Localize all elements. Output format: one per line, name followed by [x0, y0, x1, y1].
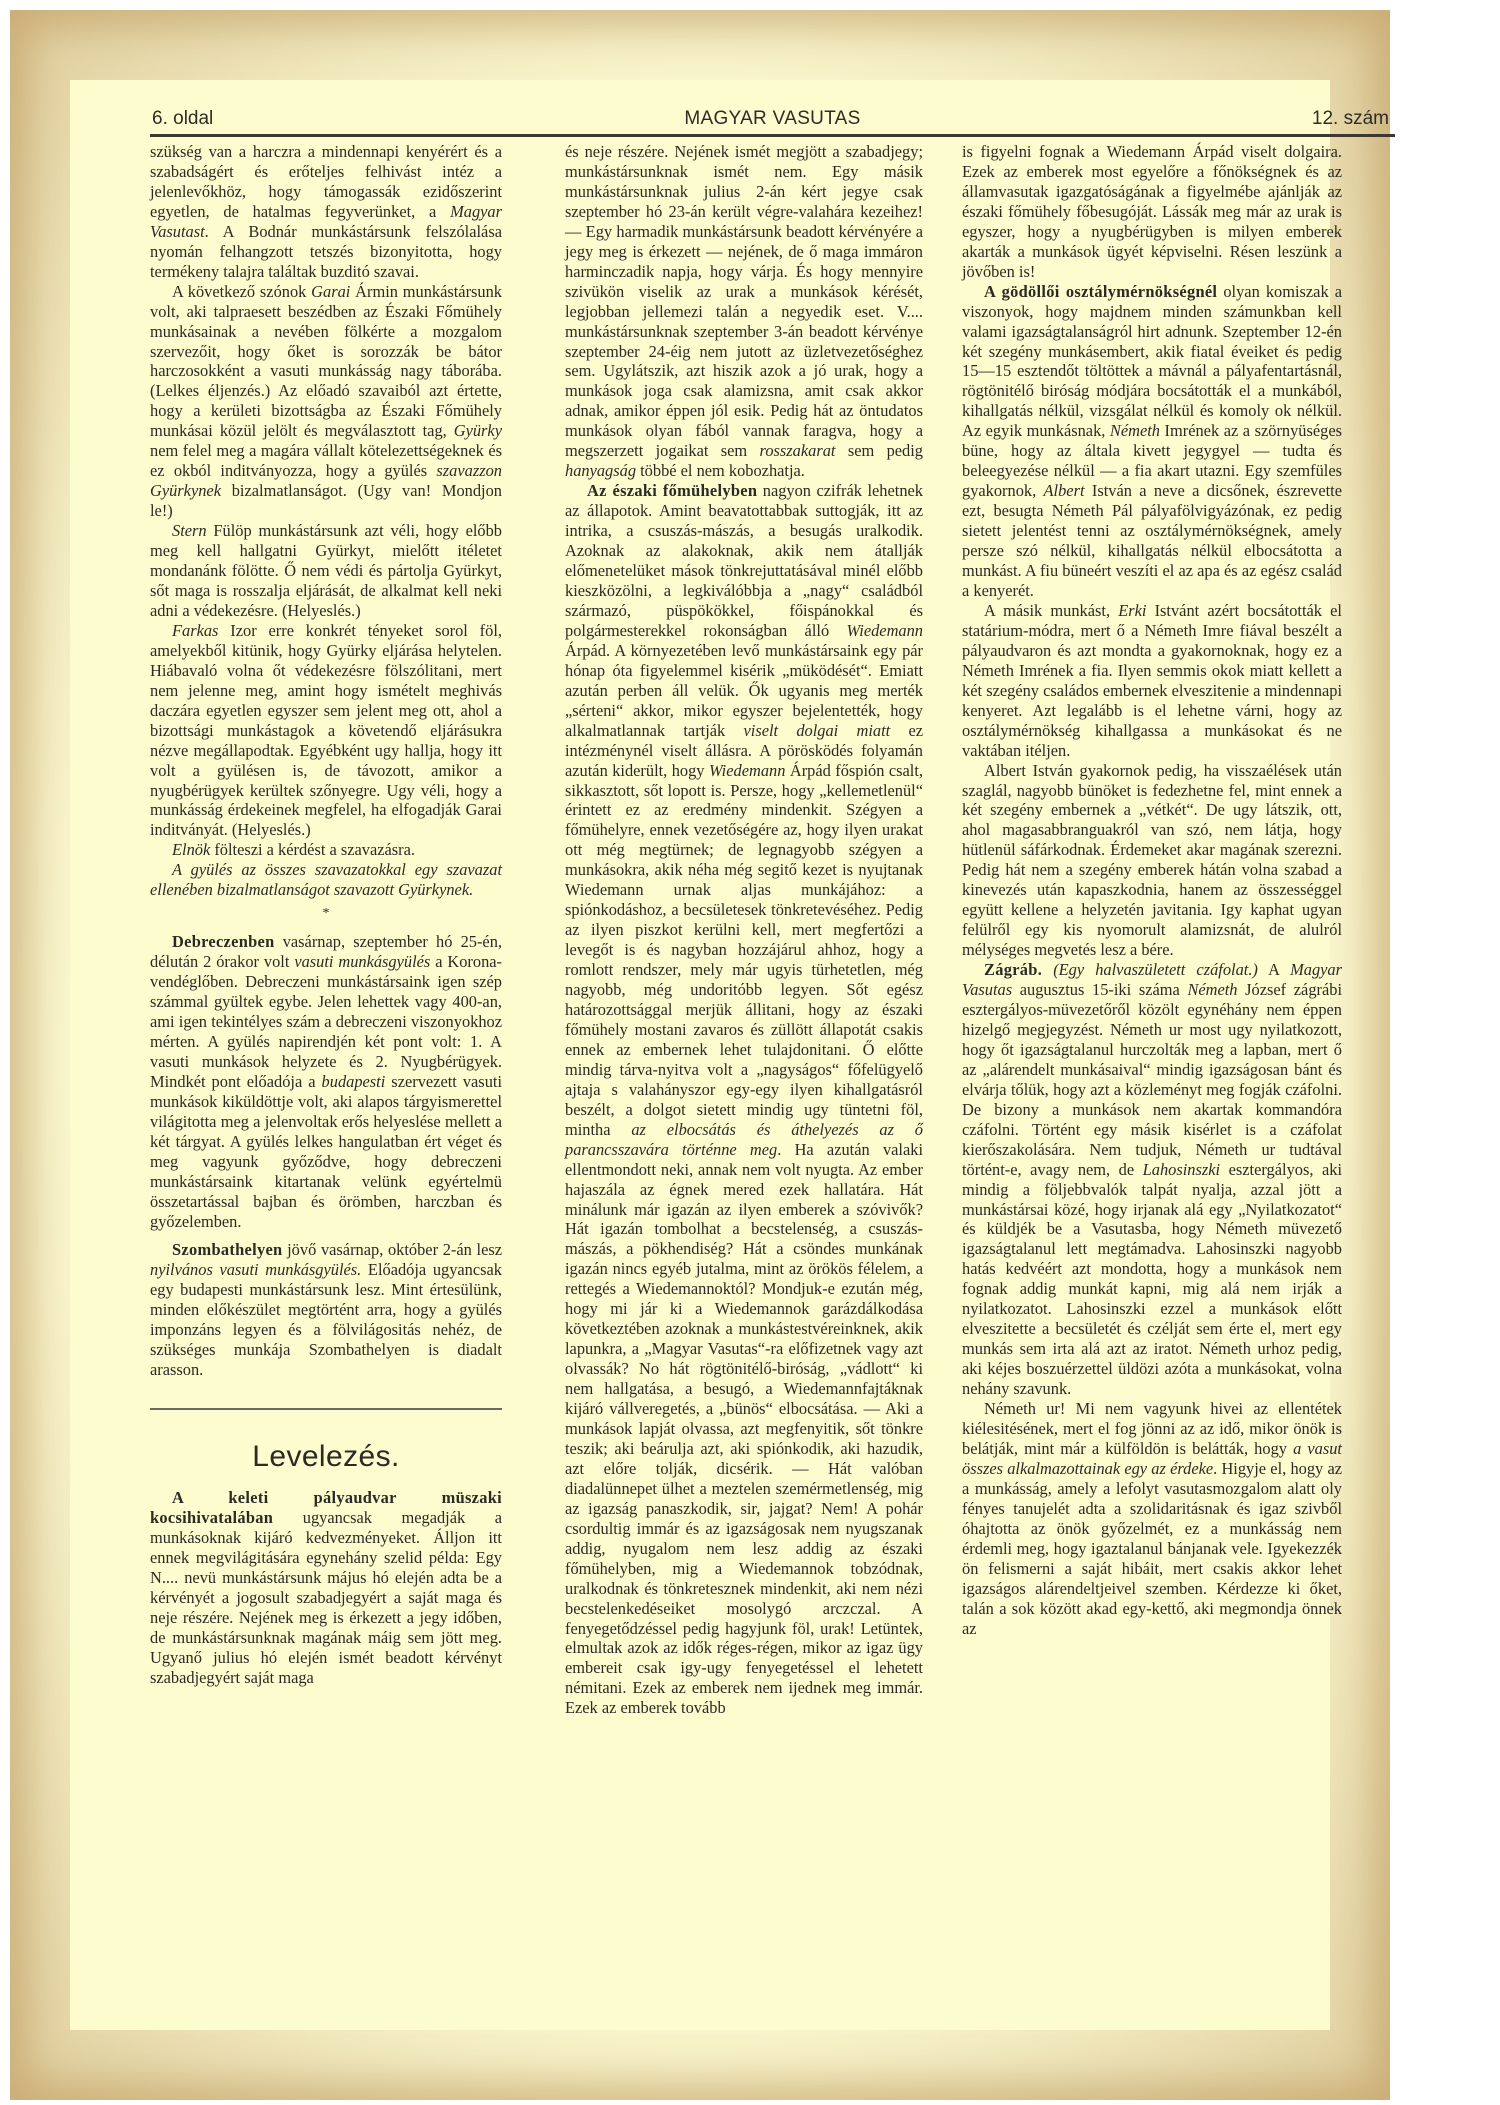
article-paragraph: A gödöllői osztálymérnökségnél olyan kom… [962, 282, 1342, 601]
article-paragraph: és neje részére. Nejének ismét megjött a… [565, 142, 923, 481]
section-separator: * [150, 904, 502, 924]
issue-number: 12. szám [1312, 108, 1389, 130]
article-paragraph: Zágráb. (Egy halvaszületett czáfolat.) A… [962, 960, 1342, 1399]
article-paragraph: Stern Fülöp munkástársunk azt véli, hogy… [150, 521, 502, 621]
article-paragraph: Németh ur! Mi nem vagyunk hivei az ellen… [962, 1399, 1342, 1638]
article-paragraph: A következő szónok Garai Ármin munkástár… [150, 282, 502, 521]
article-paragraph: Az északi főmühelyben nagyon czifrák leh… [565, 481, 923, 1718]
article-paragraph: Elnök fölteszi a kérdést a szavazásra. [150, 840, 502, 860]
article-paragraph: Debreczenben vasárnap, szeptember hó 25-… [150, 932, 502, 1231]
column-middle: és neje részére. Nejének ismét megjött a… [565, 142, 923, 1718]
page-header: 6. oldal MAGYAR VASUTAS 12. szám [150, 108, 1395, 137]
section-divider [150, 1408, 502, 1410]
article-paragraph: Farkas Izor erre konkrét tényeket sorol … [150, 621, 502, 840]
article-paragraph: Szombathelyen jövő vasárnap, október 2-á… [150, 1240, 502, 1380]
column-left: szükség van a harczra a mindennapi kenyé… [150, 142, 502, 1688]
article-paragraph: Albert István gyakornok pedig, ha vissza… [962, 761, 1342, 961]
article-paragraph: A másik munkást, Erki Istvánt azért bocs… [962, 601, 1342, 761]
article-paragraph: A gyülés az összes szavazatokkal egy sza… [150, 860, 502, 900]
section-heading: Levelezés. [150, 1440, 502, 1474]
article-paragraph: A keleti pályaudvar müszaki kocsihivatal… [150, 1488, 502, 1688]
article-paragraph: szükség van a harczra a mindennapi kenyé… [150, 142, 502, 282]
column-right: is figyelni fognak a Wiedemann Árpád vis… [962, 142, 1342, 1638]
article-paragraph: is figyelni fognak a Wiedemann Árpád vis… [962, 142, 1342, 282]
publication-title: MAGYAR VASUTAS [150, 108, 1395, 130]
